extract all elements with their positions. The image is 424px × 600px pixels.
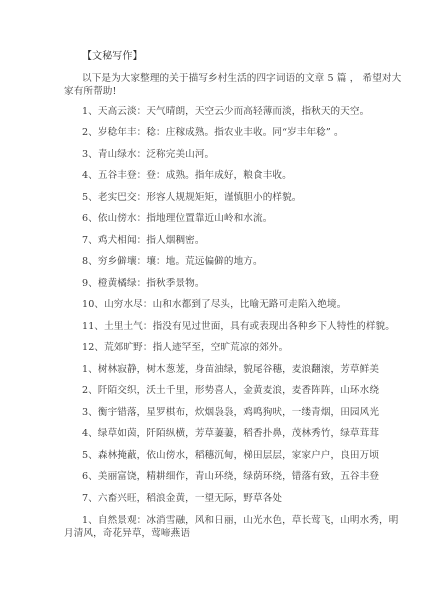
phrase-item-1: 1、树林寂静，树木葱茏，身苗油绿，貌尾谷穗，麦浪翻滚，芳草鲜美 (82, 364, 379, 376)
idiom-item-11: 11、土里土气：指没有见过世面，具有或表现出各种乡下人特性的样貌。 (82, 321, 395, 333)
phrase-item-3: 3、衡宇错落，星罗棋布，炊烟袅袅，鸡鸣狗吠，一缕青烟，田园风光 (82, 407, 379, 419)
intro-line-2: 家有所帮助! (64, 86, 116, 98)
idiom-item-4: 4、五谷丰登：登：成熟。指年成好，粮食丰收。 (82, 170, 292, 182)
idiom-item-7: 7、鸡犬相闻：指人烟稠密。 (82, 235, 205, 247)
idiom-item-2: 2、岁稔年丰：稔：庄稼成熟。指农业丰收。同“岁丰年稔” 。 (82, 127, 344, 139)
phrase-item-5: 5、森林掩蔽，依山傍水，稻穗沉甸，梯田层层，家家户户，良田万顷 (82, 450, 379, 462)
idiom-item-1: 1、天高云淡：天气晴朗，天空云少而高轻薄而淡，指秋天的天空。 (82, 106, 369, 118)
phrase-item-7: 7、六畜兴旺，稻浪金黄，一望无际，野草各处 (82, 493, 282, 505)
document-heading: 【文秘写作】 (82, 51, 143, 63)
idiom-item-3: 3、青山绿水：泛称完美山河。 (82, 149, 214, 161)
phrase-item-2: 2、阡陌交织，沃土千里，形势喜人，金黄麦浪，麦香阵阵，山环水绕 (82, 385, 379, 397)
idiom-item-5: 5、老实巴交：形容人规规矩矩，谨慎胆小的样貌。 (82, 192, 301, 204)
phrase-item-6: 6、美丽富饶，精耕细作，青山环绕，绿荫环绕，错落有致，五谷丰登 (82, 471, 379, 483)
scenery-line-1: 1、自然景观：冰消雪融，风和日丽，山光水色，草长莺飞，山明水秀，明 (82, 515, 398, 527)
idiom-item-10: 10、山穷水尽：山和水都到了尽头，比喻无路可走陷入绝境。 (82, 299, 346, 311)
idiom-item-9: 9、橙黄橘绿：指秋季景物。 (82, 278, 205, 290)
scenery-line-2: 月清风，奇花异草，莺啼燕语 (64, 528, 190, 540)
idiom-item-12: 12、荒郊旷野：指人迹罕至，空旷荒凉的郊外。 (82, 342, 288, 354)
document-page: 【文秘写作】 以下是为大家整理的关于描写乡村生活的四字词语的文章 5 篇 ， 希… (0, 0, 424, 600)
phrase-item-4: 4、绿草如茵，阡陌纵横，芳草萋萋，稻香扑鼻，茂林秀竹，绿草茸茸 (82, 428, 379, 440)
idiom-item-8: 8、穷乡僻壤：壤：地。荒远偏僻的地方。 (82, 256, 263, 268)
intro-line-1: 以下是为大家整理的关于描写乡村生活的四字词语的文章 5 篇 ， 希望对大 (82, 73, 401, 85)
idiom-item-6: 6、依山傍水：指地理位置靠近山岭和水流。 (82, 213, 272, 225)
